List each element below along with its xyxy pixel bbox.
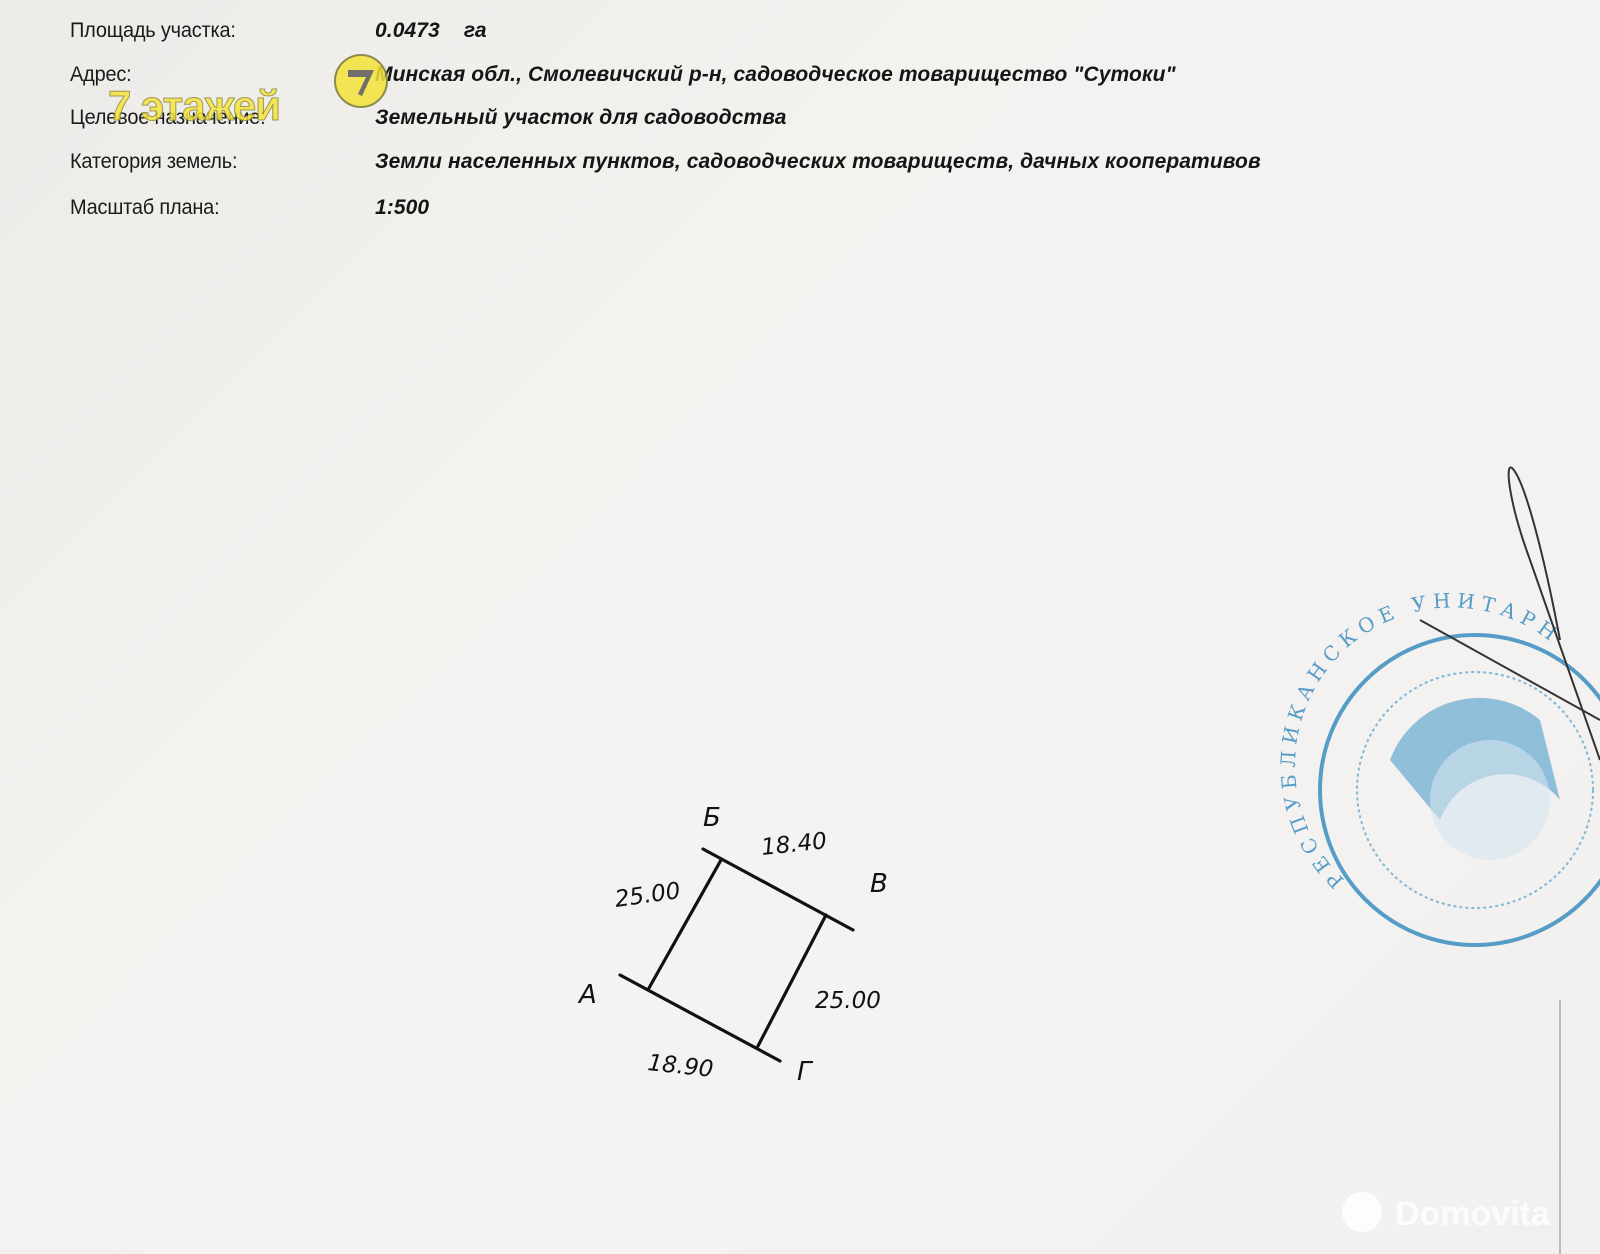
svg-text:РЕСПУБЛИКАНСКОЕ УНИТАРНОЕ ПРЕД: РЕСПУБЛИКАНСКОЕ УНИТАРНОЕ ПРЕДПРИЯТИЕ: [0, 0, 1566, 893]
watermark-domovita: Domovita: [1395, 1195, 1550, 1234]
official-stamp: РЕСПУБЛИКАНСКОЕ УНИТАРНОЕ ПРЕДПРИЯТИЕ: [0, 0, 1600, 945]
edge-da: [620, 975, 780, 1061]
edge-ab: [649, 860, 721, 988]
edge-bc: [703, 849, 853, 930]
plot-plan: Б В А Г 18.40 25.00 25.00 18.90 РЕСПУБЛИ…: [0, 0, 1600, 1254]
edge-label-da: 18.90: [646, 1050, 714, 1083]
edge-label-ab: 25.00: [613, 878, 682, 913]
edge-label-cd: 25.00: [815, 988, 881, 1014]
domovita-logo-icon: [1342, 1192, 1382, 1232]
vertex-d: Г: [797, 1057, 814, 1087]
stamp-text: РЕСПУБЛИКАНСКОЕ УНИТАРНОЕ ПРЕДПРИЯТИЕ: [0, 0, 1566, 893]
edge-label-bc: 18.40: [760, 828, 828, 861]
vertex-b: Б: [703, 803, 721, 833]
vertex-c: В: [870, 869, 888, 899]
edge-cd: [758, 915, 826, 1046]
vertex-a: А: [577, 980, 597, 1010]
